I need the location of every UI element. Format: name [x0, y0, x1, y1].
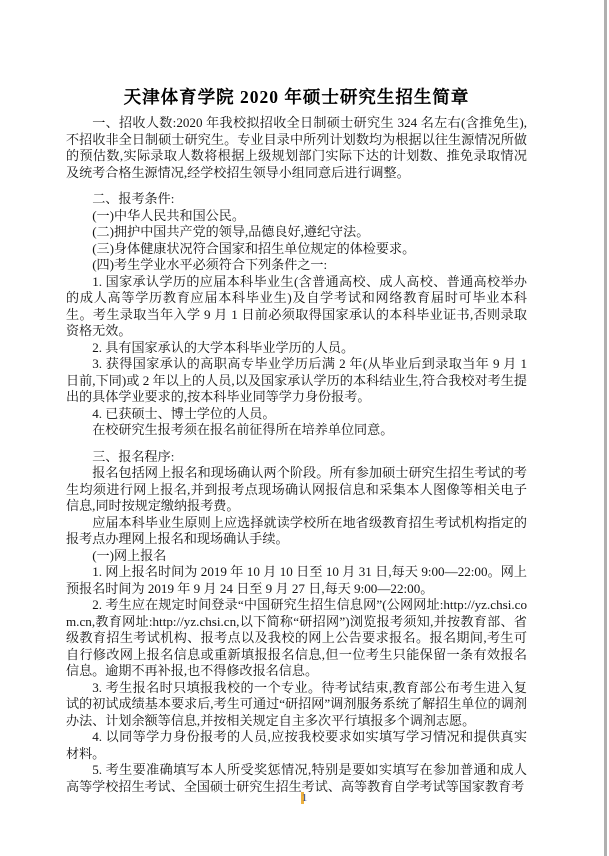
page-number: 1: [0, 792, 609, 805]
paragraph: 三、报名程序:: [66, 449, 527, 466]
paragraph: (一)网上报名: [66, 548, 527, 565]
paragraph: 5. 考生要准确填写本人所受奖惩情况,特别是要如实填写在参加普通和成人高等学校招…: [66, 762, 527, 795]
paragraph: 2. 考生应在规定时间登录“中国研究生招生信息网”(公网网址:http://yz…: [66, 597, 527, 680]
page-edge-line: [604, 0, 607, 856]
paragraph: (四)考生学业水平必须符合下列条件之一:: [66, 257, 527, 274]
paragraph: 1. 网上报名时间为 2019 年 10 月 10 日至 10 月 31 日,每…: [66, 564, 527, 597]
document-page: 天津体育学院 2020 年硕士研究生招生简章 一、招收人数:2020 年我校拟招…: [0, 0, 609, 856]
paragraph: (二)拥护中国共产党的领导,品德良好,遵纪守法。: [66, 224, 527, 241]
paragraph: 4. 以同等学力身份报考的人员,应按我校要求如实填写学习情况和提供真实材料。: [66, 729, 527, 762]
paragraph: (一)中华人民共和国公民。: [66, 208, 527, 225]
paragraph: (三)身体健康状况符合国家和招生单位规定的体检要求。: [66, 241, 527, 258]
paragraph: 3. 考生报名时只填报我校的一个专业。待考试结束,教育部公布考生进入复试的初试成…: [66, 680, 527, 730]
paragraph: 在校研究生报考须在报名前征得所在培养单位同意。: [66, 422, 527, 439]
paragraph: 2. 具有国家承认的大学本科毕业学历的人员。: [66, 340, 527, 357]
paragraph: 报名包括网上报名和现场确认两个阶段。所有参加硕士研究生招生考试的考生均须进行网上…: [66, 465, 527, 515]
document-body: 一、招收人数:2020 年我校拟招收全日制硕士研究生 324 名左右(含推免生)…: [66, 115, 527, 795]
paragraph: 二、报考条件:: [66, 191, 527, 208]
document-content: 天津体育学院 2020 年硕士研究生招生简章 一、招收人数:2020 年我校拟招…: [66, 86, 527, 795]
paragraph: 应届本科毕业生原则上应选择就读学校所在地省级教育招生考试机构指定的报考点办理网上…: [66, 515, 527, 548]
document-title: 天津体育学院 2020 年硕士研究生招生简章: [66, 86, 527, 108]
paragraph: 一、招收人数:2020 年我校拟招收全日制硕士研究生 324 名左右(含推免生)…: [66, 115, 527, 181]
paragraph: 1. 国家承认学历的应届本科毕业生(含普通高校、成人高校、普通高校举办的成人高等…: [66, 274, 527, 340]
paragraph: 4. 已获硕士、博士学位的人员。: [66, 406, 527, 423]
paragraph: 3. 获得国家承认的高职高专毕业学历后满 2 年(从毕业后到录取当年 9 月 1…: [66, 356, 527, 406]
